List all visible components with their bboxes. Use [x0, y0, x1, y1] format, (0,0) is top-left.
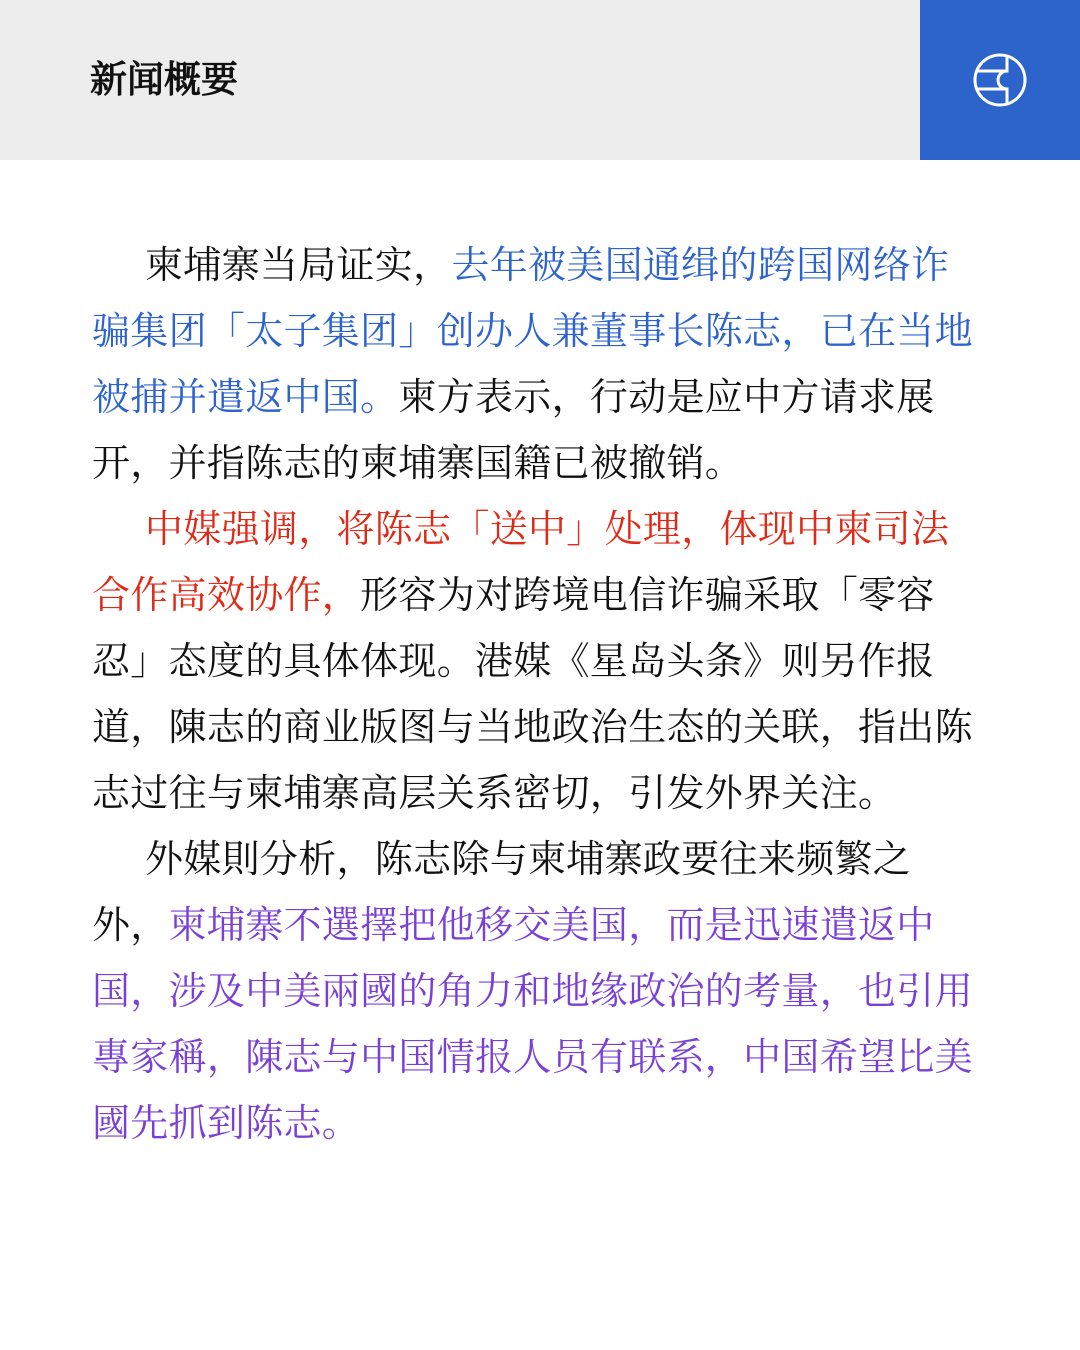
page-title: 新闻概要 [90, 54, 238, 106]
paragraph-3: 外媒則分析，陈志除与柬埔寨政要往来频繁之外，柬埔寨不選擇把他移交美国，而是迅速遣… [92, 826, 982, 1156]
article-body: 柬埔寨当局证实，去年被美国通缉的跨国网络诈骗集团「太子集团」创办人兼董事长陈志，… [92, 232, 982, 1156]
globe-logo-icon [972, 52, 1028, 108]
text-segment: 柬埔寨当局证实， [145, 243, 451, 287]
paragraph-1: 柬埔寨当局证实，去年被美国通缉的跨国网络诈骗集团「太子集团」创办人兼董事长陈志，… [92, 232, 982, 496]
paragraph-2: 中媒强调，将陈志「送中」处理，体现中柬司法合作高效协作，形容为对跨境电信诈骗采取… [92, 496, 982, 826]
header-bar: 新闻概要 [0, 0, 1080, 160]
highlight-purple: 柬埔寨不選擇把他移交美国，而是迅速遣返中国，涉及中美兩國的角力和地缘政治的考量，… [92, 903, 973, 1145]
brand-logo [920, 0, 1080, 160]
